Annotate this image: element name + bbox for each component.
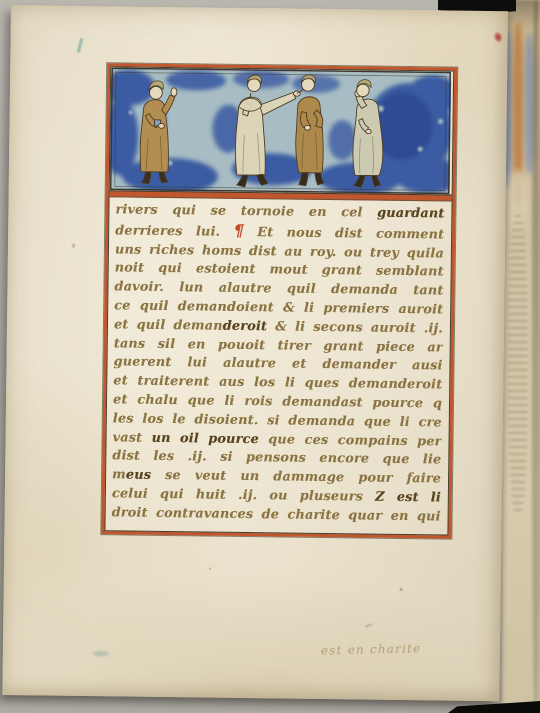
- book-fore-edge: [502, 0, 540, 713]
- frame-interior: rivers qui se tornoie en cel guardantder…: [104, 66, 454, 535]
- red-pigment-stain: [492, 30, 504, 44]
- ink-speck: [209, 568, 211, 570]
- faint-pen-mark: [365, 623, 372, 628]
- miniature-illustration: [110, 67, 452, 194]
- teal-smudge: [93, 651, 109, 656]
- ink-speck: [400, 588, 403, 591]
- ruled-frame: rivers qui se tornoie en cel guardantder…: [100, 62, 458, 539]
- inscription-bottom-note: est en charite: [321, 641, 422, 657]
- fore-edge-page-lines: [508, 215, 528, 515]
- teal-pigment-streak: [77, 38, 84, 53]
- manuscript-page: rivers qui se tornoie en cel guardantder…: [2, 5, 508, 701]
- dark-backdrop-bottom-right: [448, 701, 540, 713]
- red-frame-band: rivers qui se tornoie en cel guardantder…: [101, 63, 457, 538]
- photograph-of-manuscript: rivers qui se tornoie en cel guardantder…: [0, 0, 540, 713]
- fore-edge-shadow: [532, 0, 540, 713]
- manuscript-text-line: droit contravances de charite quar en qu…: [112, 504, 441, 527]
- ink-speck: [72, 244, 75, 248]
- text-block: rivers qui se tornoie en cel guardantder…: [105, 197, 451, 534]
